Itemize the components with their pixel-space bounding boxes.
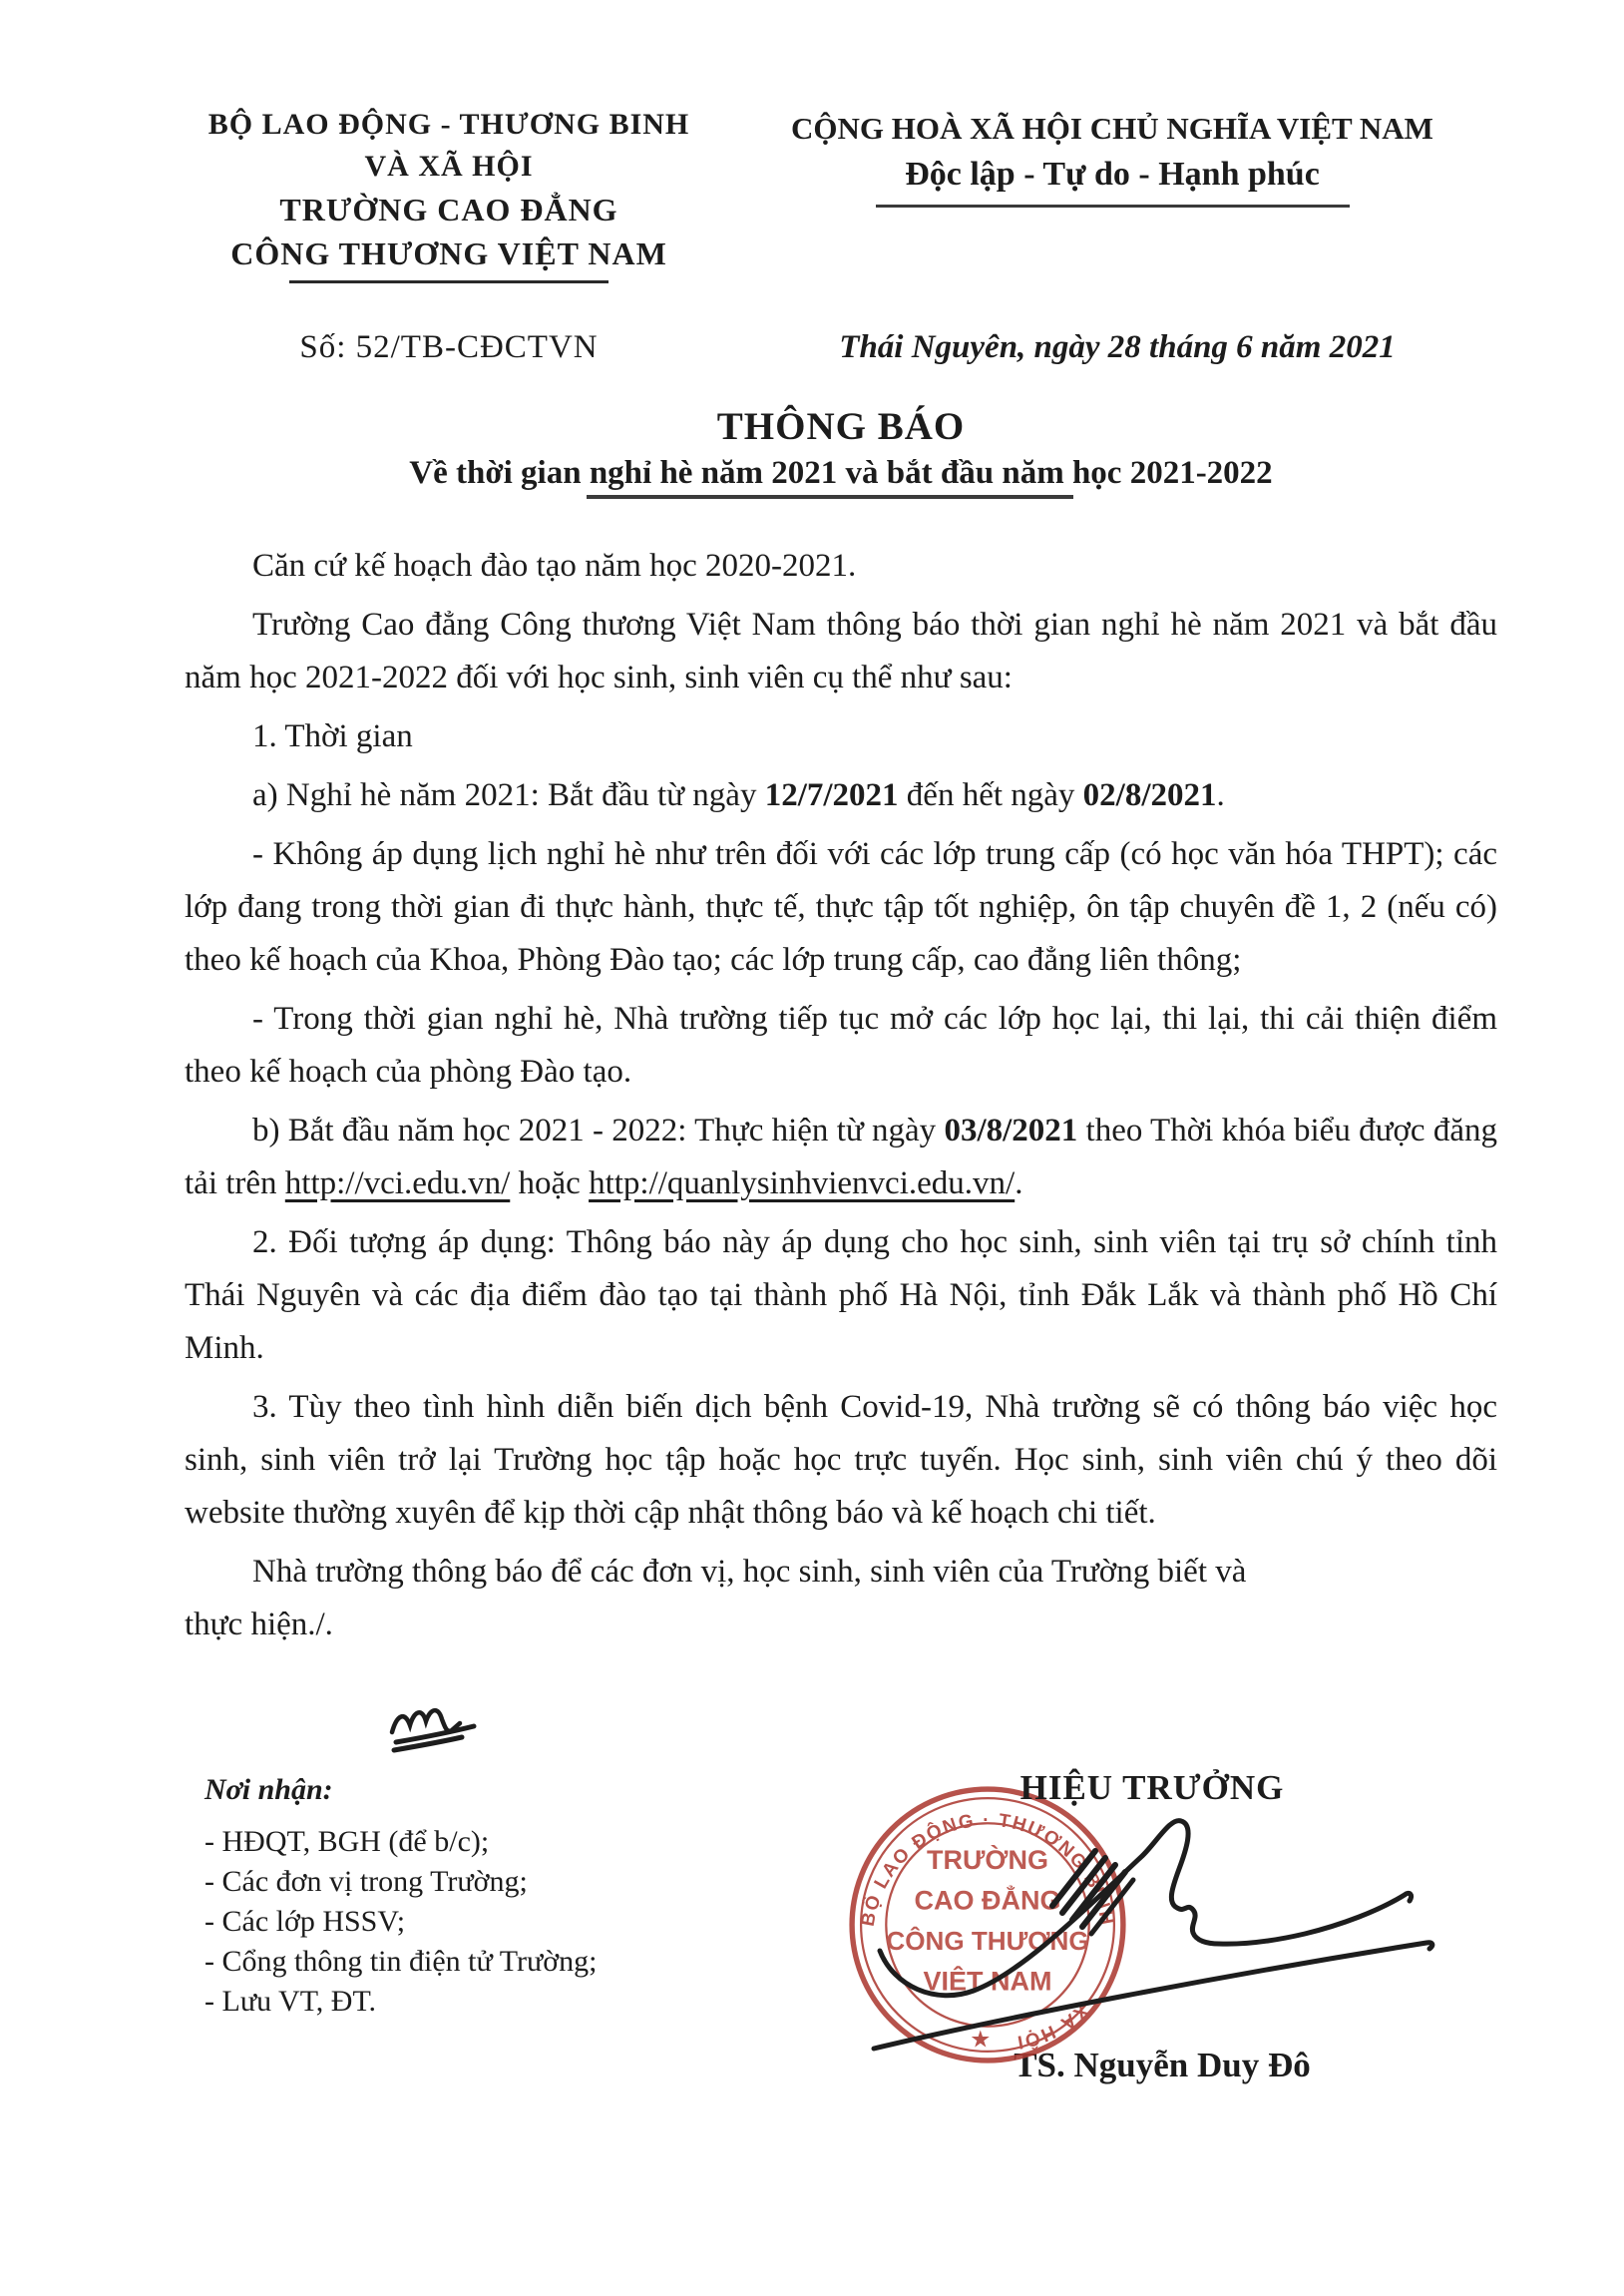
paragraph-can-cu: Căn cứ kế hoạch đào tạo năm học 2020-202… xyxy=(185,540,1497,593)
bold-date-text: 12/7/2021 xyxy=(765,777,899,813)
motto-line: Độc lập - Tự do - Hạnh phúc xyxy=(733,152,1491,198)
recipient-item: - Các đơn vị trong Trường; xyxy=(204,1862,763,1902)
motto-underline xyxy=(876,205,1350,208)
paragraph-1a-note2: - Trong thời gian nghỉ hè, Nhà trường ti… xyxy=(185,993,1497,1099)
body-text-segment: - Không áp dụng lịch nghỉ hè như trên đố… xyxy=(185,836,1497,978)
paragraph-section-2: 2. Đối tượng áp dụng: Thông báo này áp d… xyxy=(185,1216,1497,1375)
body-text-segment: hoặc xyxy=(510,1165,589,1201)
school-name-line1: TRƯỜNG CAO ĐẲNG xyxy=(150,188,748,231)
issuing-agency-block: BỘ LAO ĐỘNG - THƯƠNG BINH VÀ XÃ HỘI TRƯỜ… xyxy=(150,104,748,283)
recipients-heading: Nơi nhận: xyxy=(204,1772,763,1808)
body-text-segment: thực hiện./. xyxy=(185,1607,333,1642)
paragraph-1b: b) Bắt đầu năm học 2021 - 2022: Thực hiệ… xyxy=(185,1105,1497,1210)
paragraph-closing: Nhà trường thông báo để các đơn vị, học … xyxy=(185,1546,1497,1651)
paragraph-section-3: 3. Tùy theo tình hình diễn biến dịch bện… xyxy=(185,1381,1497,1540)
handwritten-signature xyxy=(828,1791,1466,2090)
ministry-name-line2: VÀ XÃ HỘI xyxy=(150,146,748,188)
recipient-item: - HĐQT, BGH (để b/c); xyxy=(204,1822,763,1862)
agency-underline xyxy=(289,280,609,283)
body-text-segment: a) Nghỉ hè năm 2021: Bắt đầu từ ngày xyxy=(252,777,765,813)
url-link[interactable]: http://quanlysinhvienvci.edu.vn/ xyxy=(589,1165,1015,1201)
subtitle-underline xyxy=(587,495,1073,499)
document-number: Số: 52/TB-CĐCTVN xyxy=(150,329,748,366)
body-text-segment: Trường Cao đẳng Công thương Việt Nam thô… xyxy=(185,607,1497,695)
school-name-line2: CÔNG THƯƠNG VIỆT NAM xyxy=(150,231,748,275)
body-text-segment: 3. Tùy theo tình hình diễn biến dịch bện… xyxy=(185,1389,1497,1531)
republic-title: CỘNG HOÀ XÃ HỘI CHỦ NGHĨA VIỆT NAM xyxy=(733,106,1491,152)
paragraph-intro: Trường Cao đẳng Công thương Việt Nam thô… xyxy=(185,599,1497,704)
recipient-item: - Các lớp HSSV; xyxy=(204,1902,763,1942)
bold-date-text: 03/8/2021 xyxy=(944,1113,1077,1148)
ministry-name-line1: BỘ LAO ĐỘNG - THƯƠNG BINH xyxy=(150,104,748,146)
body-text-segment: . xyxy=(1217,777,1225,813)
body-text-segment: đến hết ngày xyxy=(899,777,1083,813)
body-text-segment: 2. Đối tượng áp dụng: Thông báo này áp d… xyxy=(185,1224,1497,1366)
handwritten-initial-mark xyxy=(384,1694,489,1758)
recipient-item: - Cổng thông tin điện tử Trường; xyxy=(204,1942,763,1982)
paragraph-1a-note1: - Không áp dụng lịch nghỉ hè như trên đố… xyxy=(185,828,1497,987)
place-date-line: Thái Nguyên, ngày 28 tháng 6 năm 2021 xyxy=(738,329,1496,366)
body-text-segment: b) Bắt đầu năm học 2021 - 2022: Thực hiệ… xyxy=(252,1113,944,1148)
recipient-item: - Lưu VT, ĐT. xyxy=(204,1982,763,2022)
document-title: THÔNG BÁO xyxy=(185,405,1497,449)
paragraph-section-1: 1. Thời gian xyxy=(185,710,1497,763)
body-text-segment: - Trong thời gian nghỉ hè, Nhà trường ti… xyxy=(185,1001,1497,1090)
document-body: Căn cứ kế hoạch đào tạo năm học 2020-202… xyxy=(185,540,1497,1657)
paragraph-1a: a) Nghỉ hè năm 2021: Bắt đầu từ ngày 12/… xyxy=(185,769,1497,822)
document-page: BỘ LAO ĐỘNG - THƯƠNG BINH VÀ XÃ HỘI TRƯỜ… xyxy=(0,0,1624,2296)
recipients-block: Nơi nhận: - HĐQT, BGH (để b/c); - Các đơ… xyxy=(204,1772,763,2022)
url-link[interactable]: http://vci.edu.vn/ xyxy=(285,1165,510,1201)
body-text-segment: . xyxy=(1015,1165,1022,1201)
document-subtitle: Về thời gian nghỉ hè năm 2021 và bắt đầu… xyxy=(185,453,1497,493)
bold-date-text: 02/8/2021 xyxy=(1083,777,1217,813)
national-motto-block: CỘNG HOÀ XÃ HỘI CHỦ NGHĨA VIỆT NAM Độc l… xyxy=(733,106,1491,208)
body-text-segment: Căn cứ kế hoạch đào tạo năm học 2020-202… xyxy=(252,548,856,584)
body-text-segment: Nhà trường thông báo để các đơn vị, học … xyxy=(252,1554,1246,1590)
recipients-list: - HĐQT, BGH (để b/c); - Các đơn vị trong… xyxy=(204,1822,763,2022)
body-text-segment: 1. Thời gian xyxy=(252,718,413,754)
